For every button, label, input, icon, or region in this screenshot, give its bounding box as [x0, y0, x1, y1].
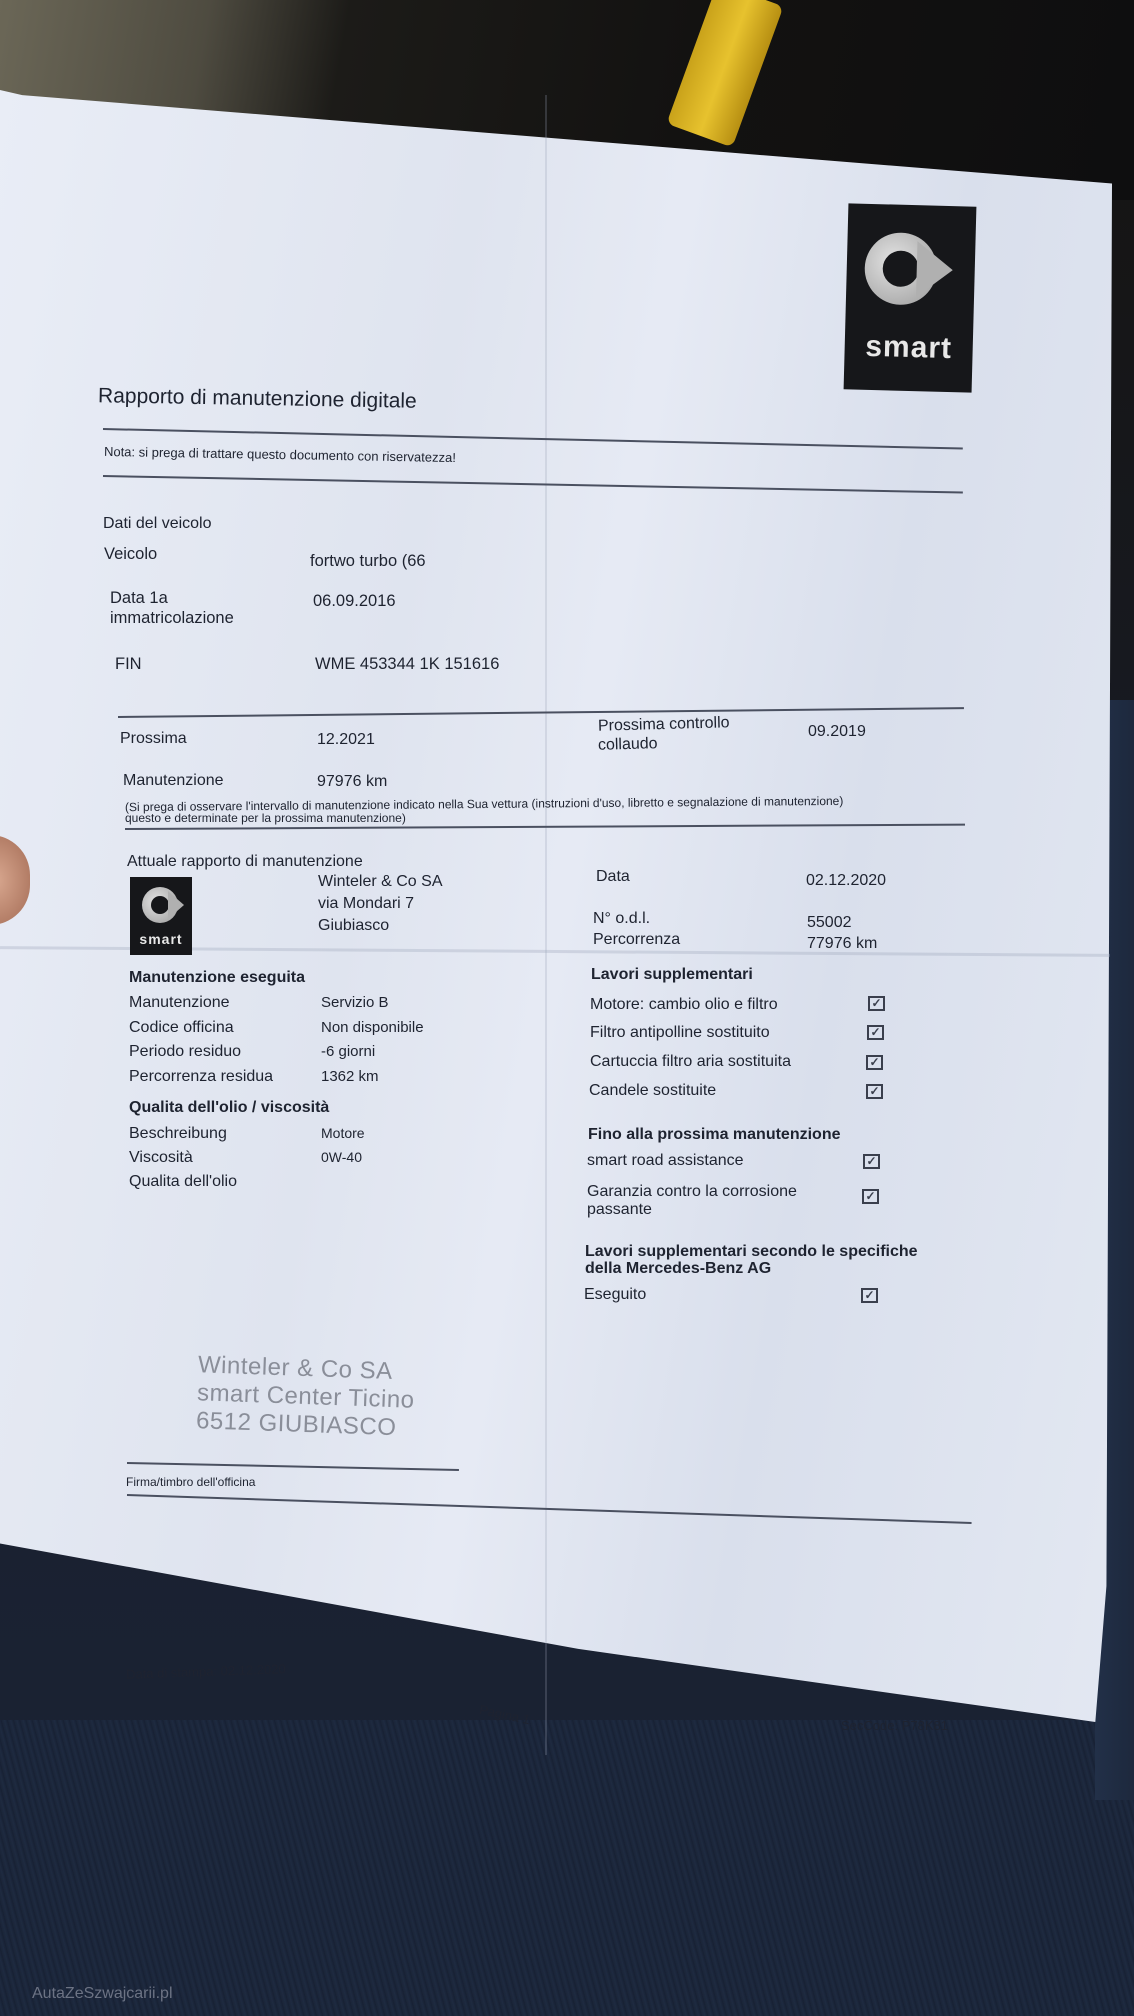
print-date: Data di stampa: 02.12.2020 — [126, 1661, 286, 1682]
next-inspection-label-1: Prossima controllo — [598, 714, 730, 735]
order-number-value: 55002 — [807, 914, 852, 932]
additional-work-item-2: Filtro antipolline sostituito — [590, 1024, 770, 1042]
next-inspection-date: 09.2019 — [808, 723, 866, 741]
checkbox-checked-icon: ✓ — [867, 1025, 884, 1040]
checkbox-checked-icon: ✓ — [862, 1189, 879, 1204]
vehicle-label: Veicolo — [104, 545, 157, 564]
smart-logo: smart — [844, 203, 977, 392]
background-jeans — [0, 1720, 1134, 2016]
workshop-street: via Mondari 7 — [318, 895, 414, 913]
corrosion-warranty-label-1: Garanzia contro la corrosione — [587, 1183, 797, 1201]
smart-logo-small: smart — [130, 877, 192, 955]
remaining-period-label: Periodo residuo — [129, 1043, 241, 1061]
vehicle-value: fortwo turbo (66 — [310, 552, 426, 571]
additional-work-item-4: Candele sostituite — [589, 1082, 716, 1100]
first-registration-label-2: immatricolazione — [110, 609, 234, 628]
mileage-label: Percorrenza — [593, 931, 680, 949]
mercedes-work-performed-label: Eseguito — [584, 1286, 646, 1304]
smart-logo-wedge-icon — [168, 891, 184, 919]
next-service-km: 97976 km — [317, 773, 387, 791]
workshop-code-value: Non disponibile — [321, 1019, 424, 1036]
mercedes-work-heading-2: della Mercedes-Benz AG — [585, 1260, 771, 1278]
smart-logo-wedge-icon — [916, 241, 953, 298]
corrosion-warranty-label-2: passante — [587, 1201, 652, 1219]
service-type-value: Servizio B — [321, 994, 389, 1011]
oil-description-value: Motore — [321, 1125, 365, 1141]
report-date-label: Data — [596, 868, 630, 886]
watermark: AutaZeSzwajcarii.pl — [32, 1985, 173, 2003]
first-registration-label-1: Data 1a — [110, 589, 168, 608]
service-type-label: Manutenzione — [129, 994, 230, 1012]
smart-logo-text: smart — [130, 931, 192, 947]
remaining-mileage-value: 1362 km — [321, 1068, 379, 1085]
oil-viscosity-value: 0W-40 — [321, 1149, 362, 1165]
checkbox-checked-icon: ✓ — [866, 1055, 883, 1070]
report-date-value: 02.12.2020 — [806, 872, 886, 890]
workshop-stamp: Winteler & Co SA smart Center Ticino 651… — [196, 1351, 416, 1443]
until-next-service-heading: Fino alla prossima manutenzione — [588, 1126, 841, 1144]
checkbox-checked-icon: ✓ — [861, 1288, 878, 1303]
fin-label: FIN — [115, 655, 142, 674]
order-number-label: N° o.d.l. — [593, 910, 650, 928]
vehicle-data-heading: Dati del veicolo — [103, 515, 212, 533]
mileage-value: 77976 km — [807, 935, 877, 953]
service-interval-hint-2: questo e determinate per la prossima man… — [125, 811, 406, 825]
workshop-name: Winteler & Co SA — [318, 873, 442, 891]
mercedes-work-heading-1: Lavori supplementari secondo le specific… — [585, 1243, 918, 1261]
road-assistance-label: smart road assistance — [587, 1152, 744, 1170]
checkbox-checked-icon: ✓ — [868, 996, 885, 1011]
additional-work-heading: Lavori supplementari — [591, 966, 753, 984]
smart-logo-text: smart — [844, 329, 973, 366]
checkbox-checked-icon: ✓ — [866, 1084, 883, 1099]
security-code: SecCode: P78K81 — [841, 1718, 948, 1733]
signature-label: Firma/timbro dell'officina — [126, 1475, 255, 1489]
current-report-heading: Attuale rapporto di manutenzione — [127, 853, 363, 871]
oil-viscosity-label: Viscosità — [129, 1149, 193, 1167]
next-service-date: 12.2021 — [317, 731, 375, 749]
oil-quality-label: Qualita dell'olio — [129, 1173, 237, 1191]
workshop-city: Giubiasco — [318, 917, 389, 935]
paper-fold-vertical — [545, 95, 547, 1755]
next-inspection-label-2: collaudo — [598, 735, 658, 755]
fin-value: WME 453344 1K 151616 — [315, 655, 499, 674]
oil-description-label: Beschreibung — [129, 1125, 227, 1143]
workshop-code-label: Codice officina — [129, 1019, 234, 1037]
remaining-mileage-label: Percorrenza residua — [129, 1068, 273, 1086]
oil-heading: Qualita dell'olio / viscosità — [129, 1099, 329, 1117]
next-service-label-2: Manutenzione — [123, 772, 224, 790]
next-service-label-1: Prossima — [120, 730, 187, 748]
remaining-period-value: -6 giorni — [321, 1043, 375, 1060]
checkbox-checked-icon: ✓ — [863, 1154, 880, 1169]
additional-work-item-3: Cartuccia filtro aria sostituita — [590, 1053, 791, 1071]
additional-work-item-1: Motore: cambio olio e filtro — [590, 996, 778, 1014]
first-registration-value: 06.09.2016 — [313, 592, 396, 611]
service-performed-heading: Manutenzione eseguita — [129, 969, 305, 987]
